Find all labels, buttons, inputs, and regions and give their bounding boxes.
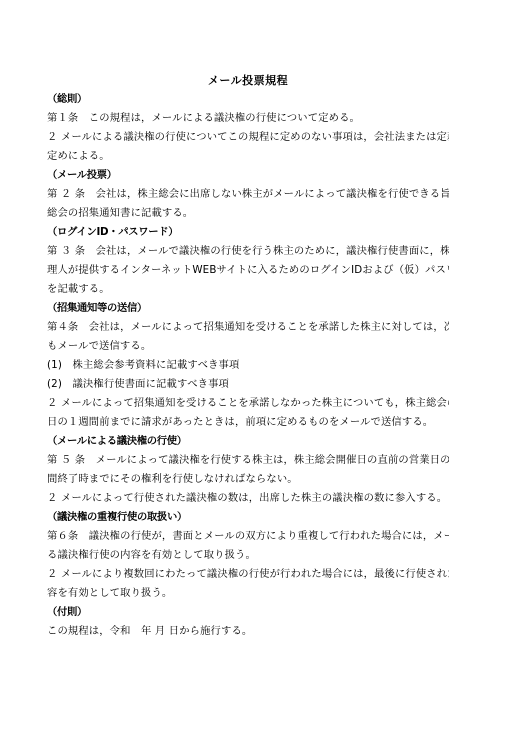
- article-1-para-2-line-1: ２ メールによる議決権の行使についてこの規程に定めのない事項は，会社法または定款…: [47, 128, 449, 147]
- section-heading-general: （総則）: [47, 90, 449, 109]
- article-4-para-2-line-2: 日の１週間前までに請求があったときは，前項に定めるものをメールで送信する。: [47, 413, 449, 432]
- article-6-line-2: る議決権行使の内容を有効として取り扱う。: [47, 546, 449, 565]
- article-6-line-1: 第６条 議決権の行使が，書面とメールの双方により重複して行われた場合には，メール…: [47, 527, 449, 546]
- article-3-line-3: を記載する。: [47, 280, 449, 299]
- section-heading-duplicate-voting: （議決権の重複行使の取扱い）: [47, 508, 449, 527]
- article-5-para-2-line-1: ２ メールによって行使された議決権の数は，出席した株主の議決権の数に参入する。: [47, 489, 449, 508]
- article-5-line-1: 第 ５ 条 メールによって議決権を行使する株主は，株主総会開催日の直前の営業日の…: [47, 451, 449, 470]
- section-heading-notice-sending: （招集通知等の送信）: [47, 299, 449, 318]
- article-4-line-1: 第４条 会社は，メールによって招集通知を受けることを承諾した株主に対しては，次の…: [47, 318, 449, 337]
- section-heading-voting-by-mail: （メールによる議決権の行使）: [47, 432, 449, 451]
- document-page: メール投票規程 （総則） 第１条 この規程は，メールによる議決権の行使について定…: [47, 72, 449, 641]
- article-4-line-2: もメールで送信する。: [47, 337, 449, 356]
- article-3-line-1: 第 ３ 条 会社は，メールで議決権の行使を行う株主のために，議決権行使書面に，株…: [47, 242, 449, 261]
- article-2-line-2: 総会の招集通知書に記載する。: [47, 204, 449, 223]
- article-4-item-1: (1) 株主総会参考資料に記載すべき事項: [47, 356, 449, 375]
- document-title: メール投票規程: [47, 72, 449, 90]
- article-6-para-2-line-1: ２ メールにより複数回にわたって議決権の行使が行われた場合には，最後に行使された…: [47, 565, 449, 584]
- article-1-para-2-line-2: 定めによる。: [47, 147, 449, 166]
- article-2-line-1: 第 ２ 条 会社は，株主総会に出席しない株主がメールによって議決権を行使できる旨…: [47, 185, 449, 204]
- section-heading-mail-voting: （メール投票）: [47, 166, 449, 185]
- article-5-line-2: 間終了時までにその権利を行使しなければならない。: [47, 470, 449, 489]
- article-1-line-1: 第１条 この規程は，メールによる議決権の行使について定める。: [47, 109, 449, 128]
- supplementary-line-1: この規程は，令和 年 月 日から施行する。: [47, 622, 449, 641]
- article-4-item-2: (2) 議決権行使書面に記載すべき事項: [47, 375, 449, 394]
- section-heading-supplementary: （付則）: [47, 603, 449, 622]
- article-3-line-2: 理人が提供するインターネットWEBサイトに入るためのログインIDおよび（仮）パス…: [47, 261, 449, 280]
- article-6-para-2-line-2: 容を有効として取り扱う。: [47, 584, 449, 603]
- section-heading-login-id-password: （ログインID・パスワード）: [47, 223, 449, 242]
- article-4-para-2-line-1: ２ メールによって招集通知を受けることを承諾しなかった株主についても，株主総会の…: [47, 394, 449, 413]
